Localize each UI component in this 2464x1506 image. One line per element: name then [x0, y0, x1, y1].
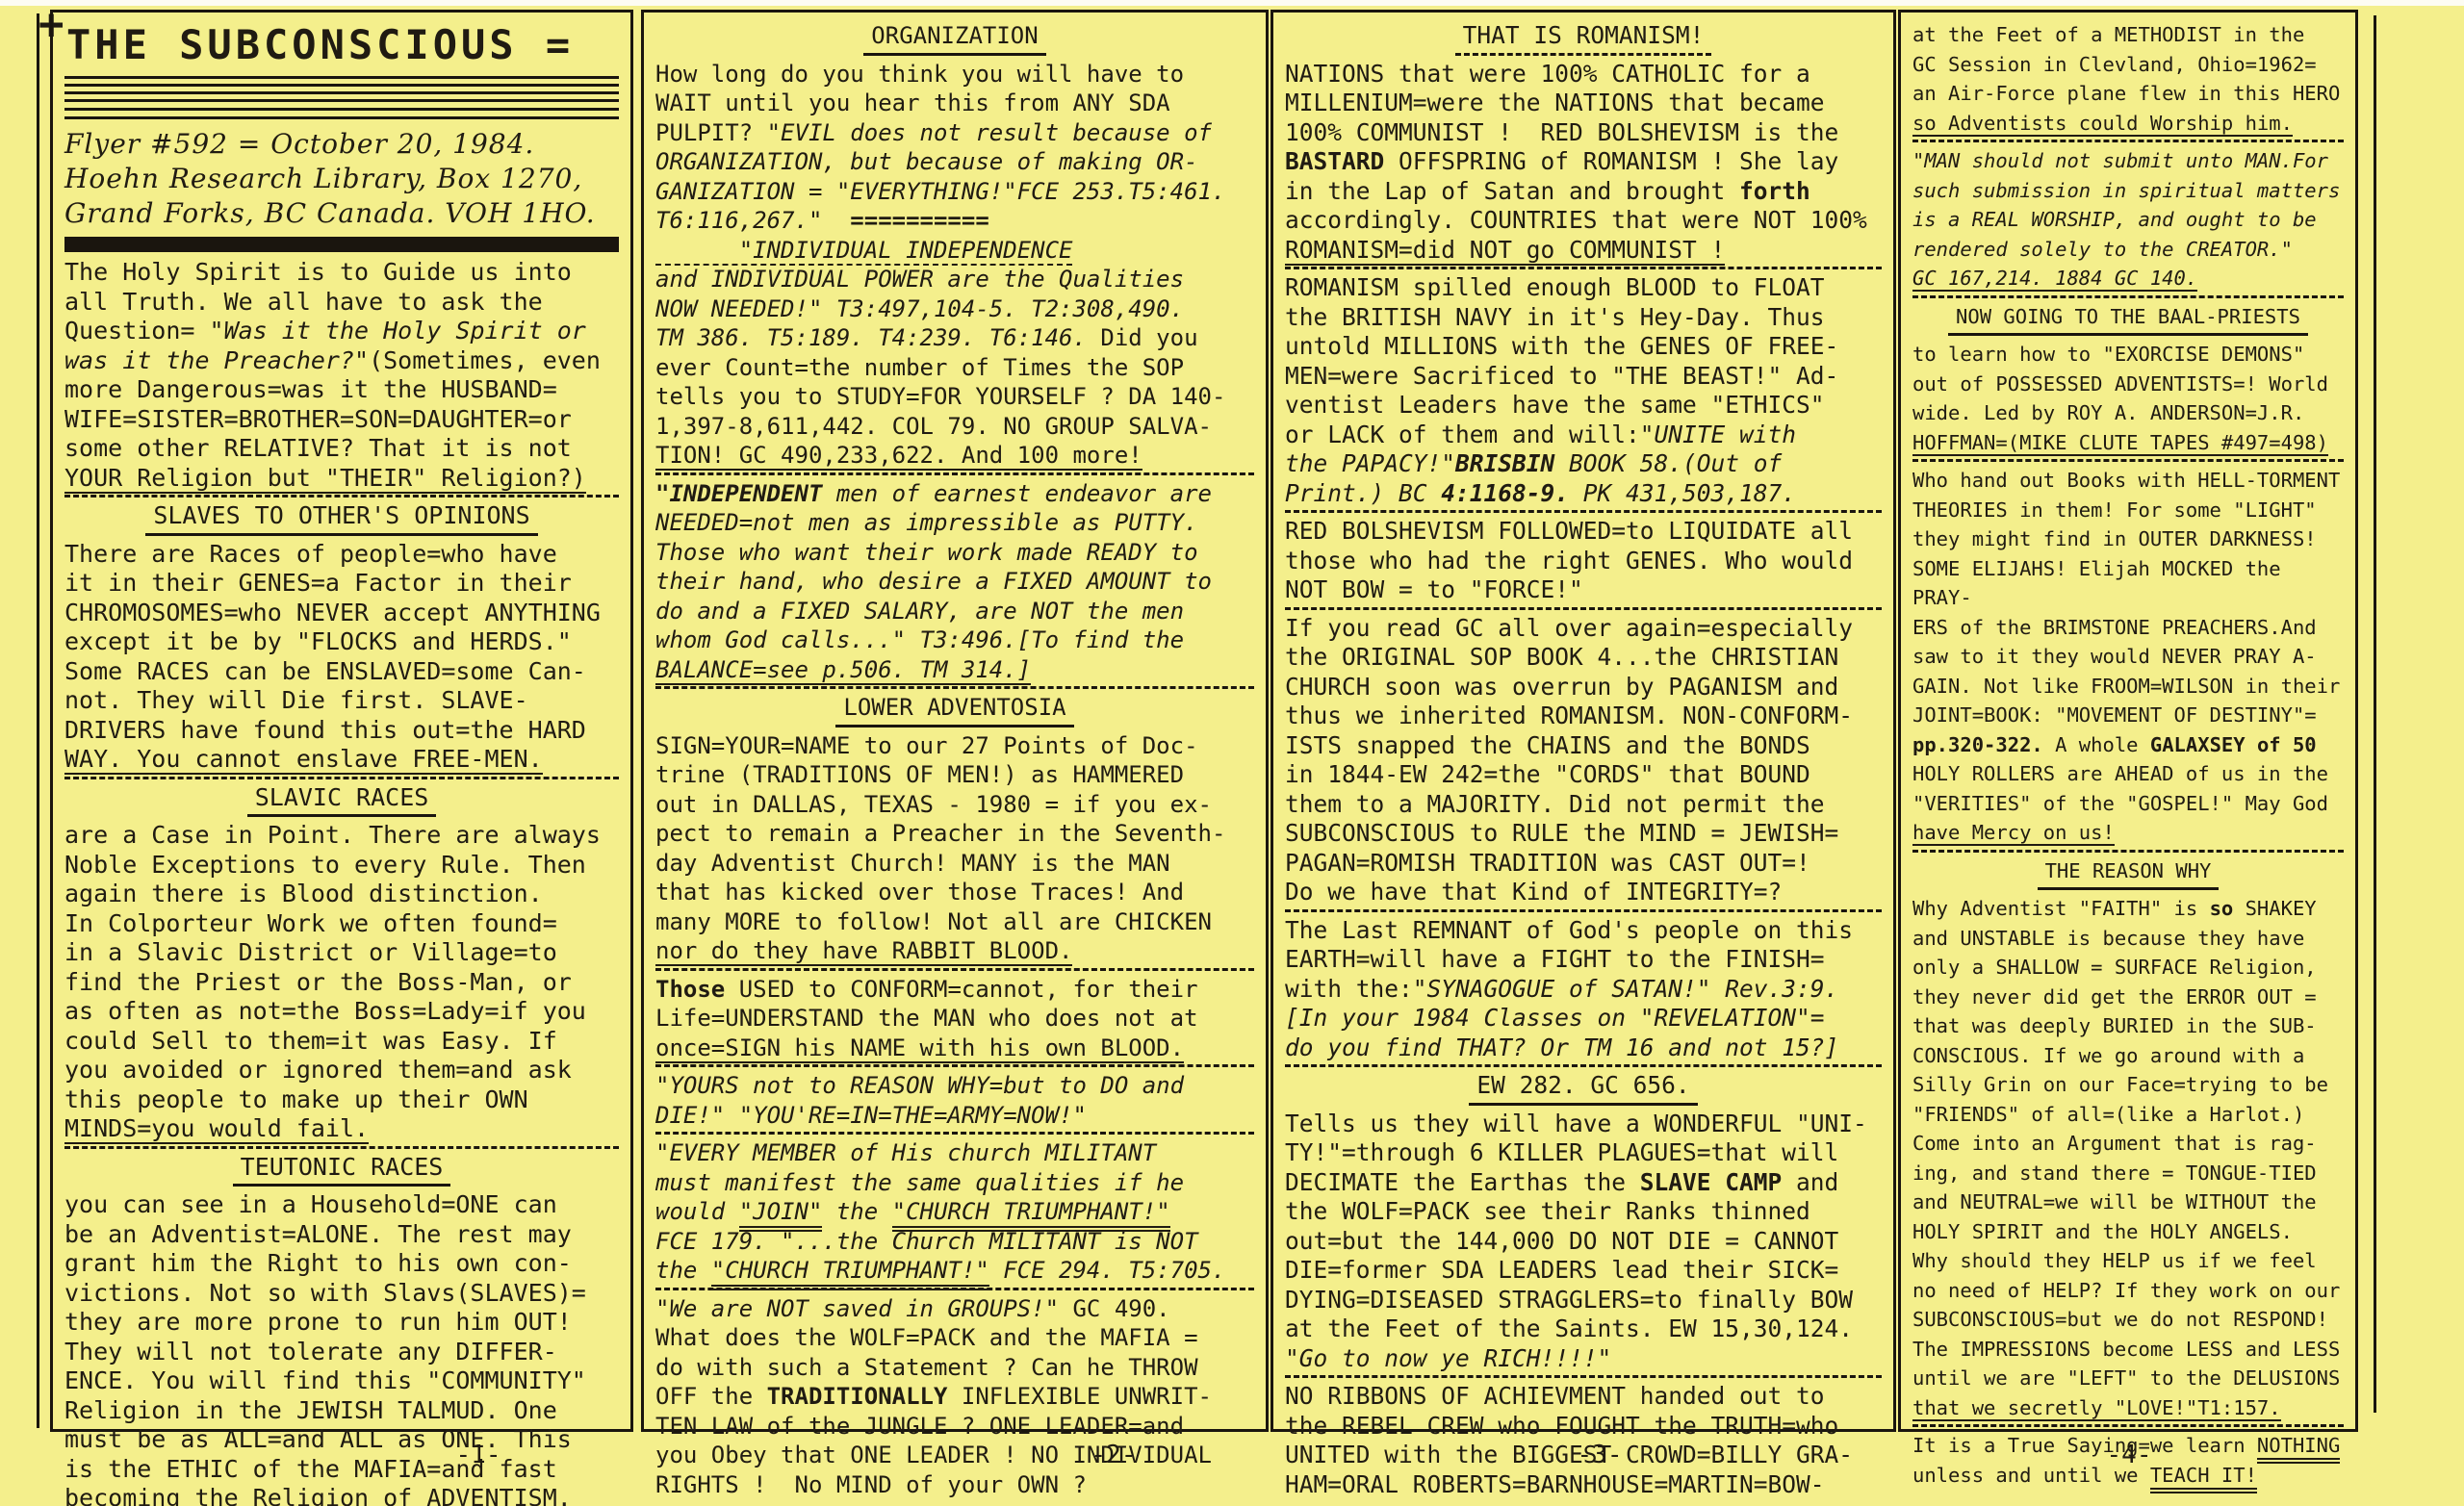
text-segment: ==========	[822, 207, 988, 234]
text-line: Question= "Was it the Holy Spirit or	[64, 317, 619, 346]
column-4: at the Feet of a METHODIST in theGC Sess…	[1898, 10, 2358, 1432]
text-line: you avoided or ignored them=and ask	[64, 1056, 619, 1085]
text-segment: DIE!" "YOU'RE=IN=THE=ARMY=NOW!"	[655, 1102, 1087, 1129]
text-segment: "UNITE with	[1640, 421, 1796, 448]
text-line: SIGN=YOUR=NAME to our 27 Points of Doc-	[655, 731, 1254, 761]
text-line: in 1844-EW 242=the "CORDS" that BOUND	[1285, 760, 1882, 790]
dashed-rule	[655, 1064, 1254, 1067]
text-segment: must manifest the same qualities if he	[655, 1169, 1184, 1196]
text-line: out=but the 144,000 DO NOT DIE = CANNOT	[1285, 1227, 1882, 1257]
text-line: an Air-Force plane flew in this HERO	[1912, 79, 2344, 109]
text-line: the ORIGINAL SOP BOOK 4...the CHRISTIAN	[1285, 643, 1882, 673]
text-line: thus we inherited ROMANISM. NON-CONFORM-	[1285, 702, 1882, 731]
section-heading: EW 282. GC 656.	[1285, 1071, 1882, 1106]
text-segment: grant him the Right to his own con-	[64, 1249, 572, 1277]
text-line: the WOLF=PACK see their Ranks thinned	[1285, 1197, 1882, 1227]
text-segment: an Air-Force plane flew in this HERO	[1912, 82, 2340, 105]
text-segment: UNITED with the BIGGEST CROWD=BILLY GRA-	[1285, 1441, 1853, 1468]
text-segment: and UNSTABLE is because they have	[1912, 927, 2304, 950]
text-line: PULPIT? "EVIL does not result because of	[655, 118, 1254, 148]
page-number-3: -3-	[1578, 1441, 1623, 1469]
text-line: ventist Leaders have the same "ETHICS"	[1285, 391, 1882, 421]
text-segment: 100% COMMUNIST ! RED BOLSHEVISM is the	[1285, 118, 1838, 146]
text-segment: they never did get the ERROR OUT =	[1912, 985, 2317, 1008]
text-segment: They will not tolerate any DIFFER-	[64, 1338, 557, 1366]
text-segment: NATIONS that were 100% CATHOLIC for a	[1285, 60, 1810, 88]
text-line: NOW NEEDED!" T3:497,104-5. T2:308,490.	[655, 294, 1254, 324]
dashed-rule	[655, 686, 1254, 689]
text-line: and INDIVIDUAL POWER are the Qualities	[655, 265, 1254, 294]
column-3-body: THAT IS ROMANISM!NATIONS that were 100% …	[1285, 21, 1882, 1499]
text-segment: ROMANISM spilled enough BLOOD to FLOAT	[1285, 273, 1825, 301]
text-line: [In your 1984 Classes on "REVELATION"=	[1285, 1004, 1882, 1034]
text-segment: accordingly. COUNTRIES that were NOT 100…	[1285, 206, 1867, 234]
column-4-body: at the Feet of a METHODIST in theGC Sess…	[1912, 20, 2344, 1490]
text-line: T6:116,267." ==========	[655, 206, 1254, 236]
text-line: the REBEL CREW who FOUGHT the TRUTH=who	[1285, 1412, 1882, 1442]
text-line: once=SIGN his NAME with his own BLOOD.	[655, 1034, 1254, 1063]
text-segment: SIGN=YOUR=NAME to our 27 Points of Doc-	[655, 732, 1198, 759]
text-line: NATIONS that were 100% CATHOLIC for a	[1285, 60, 1882, 89]
text-segment: If you read GC all over again=especially	[1285, 614, 1853, 642]
text-segment: Did you	[1087, 324, 1198, 351]
text-segment: (Sometimes, even	[369, 346, 601, 374]
text-segment: In Colporteur Work we often found=	[64, 909, 557, 937]
text-segment: DIE=former SDA LEADERS lead their SICK=	[1285, 1256, 1838, 1284]
text-line: must be as ALL=and ALL as ONE. This	[64, 1425, 619, 1455]
text-line: not. They will Die first. SLAVE-	[64, 686, 619, 716]
text-segment: The IMPRESSIONS become LESS and LESS	[1912, 1338, 2340, 1361]
text-segment: would	[655, 1198, 739, 1225]
text-segment: pp.320-322.	[1912, 733, 2043, 756]
text-line: no need of HELP? If they work on our	[1912, 1276, 2344, 1306]
text-line: HAM=ORAL ROBERTS=BARNHOUSE=MARTIN=BOW-	[1285, 1470, 1882, 1500]
text-segment: YOUR Religion but "THEIR" Religion?)	[64, 464, 586, 494]
column-1-body: The Holy Spirit is to Guide us intoall T…	[64, 258, 619, 1506]
text-line: ISTS snapped the CHAINS and the BONDS	[1285, 731, 1882, 761]
text-line: in a Slavic District or Village=to	[64, 938, 619, 968]
text-line: SUBCONSCIOUS to RULE the MIND = JEWISH=	[1285, 819, 1882, 849]
text-line: rendered solely to the CREATOR."	[1912, 235, 2344, 265]
section-heading: THE REASON WHY	[1912, 856, 2344, 891]
text-line: "INDIVIDUAL INDEPENDENCE	[655, 236, 1254, 266]
text-line: to learn how to "EXORCISE DEMONS"	[1912, 340, 2344, 370]
text-segment: HOFFMAN=(MIKE CLUTE TAPES #497=498)	[1912, 431, 2328, 456]
text-segment: A whole	[2043, 733, 2150, 756]
text-line: What does the WOLF=PACK and the MAFIA =	[655, 1323, 1254, 1353]
text-line: only a SHALLOW = SURFACE Religion,	[1912, 953, 2344, 983]
text-line: NEEDED=not men as impressible as PUTTY.	[655, 508, 1254, 538]
text-segment: There are Races of people=who have	[64, 540, 557, 568]
text-line: many MORE to follow! Not all are CHICKEN	[655, 907, 1254, 937]
text-line: wide. Led by ROY A. ANDERSON=J.R.	[1912, 398, 2344, 428]
text-segment: rendered solely to the CREATOR."	[1912, 238, 2293, 261]
text-line: is a REAL WORSHIP, and ought to be	[1912, 205, 2344, 235]
text-segment: Come into an Argument that is rag-	[1912, 1132, 2317, 1155]
text-line: that was deeply BURIED in the SUB-	[1912, 1011, 2344, 1041]
text-segment: TRADITIONALLY	[767, 1383, 948, 1410]
text-line: is the ETHIC of the MAFIA=and fast	[64, 1455, 619, 1485]
text-line: How long do you think you will have to	[655, 60, 1254, 89]
text-segment: some other RELATIVE? That it is not	[64, 434, 572, 462]
text-segment: "EVERY MEMBER of His church MILITANT	[655, 1139, 1156, 1166]
text-line: "FRIENDS" of all=(like a Harlot.)	[1912, 1100, 2344, 1130]
text-line: they never did get the ERROR OUT =	[1912, 983, 2344, 1012]
text-line: YOUR Religion but "THEIR" Religion?)	[64, 464, 619, 494]
text-line: GC Session in Clevland, Ohio=1962=	[1912, 50, 2344, 80]
text-line: all Truth. We all have to ask the	[64, 288, 619, 318]
text-line: Religion in the JEWISH TALMUD. One	[64, 1396, 619, 1426]
dashed-rule	[1285, 607, 1882, 610]
text-segment: becoming the Religion of ADVENTISM.	[64, 1484, 572, 1506]
text-segment: WAIT until you hear this from ANY SDA	[655, 89, 1170, 116]
text-segment: this people to make up their OWN	[64, 1085, 528, 1113]
text-line: ROMANISM spilled enough BLOOD to FLOAT	[1285, 273, 1882, 303]
text-segment: NOW NEEDED!" T3:497,104-5. T2:308,490.	[655, 295, 1184, 322]
text-segment: you avoided or ignored them=and ask	[64, 1056, 572, 1084]
text-segment: MILLENIUM=were the NATIONS that became	[1285, 89, 1825, 116]
text-segment: ROMANISM=did NOT go COMMUNIST !	[1285, 236, 1725, 266]
text-segment: THEORIES in them! For some "LIGHT"	[1912, 498, 2317, 522]
text-segment: OFFSPRING of ROMANISM ! She lay	[1384, 147, 1838, 175]
text-segment: "Go to now ye RICH!!!!"	[1285, 1344, 1611, 1372]
text-segment: once=SIGN his NAME with his own BLOOD.	[655, 1034, 1184, 1063]
text-segment: RIGHTS ! No MIND of your OWN ?	[655, 1471, 1087, 1498]
text-segment: SUBCONSCIOUS to RULE the MIND = JEWISH=	[1285, 819, 1838, 847]
text-line: saw to it they would NEVER PRAY A-	[1912, 642, 2344, 672]
text-line: HOLY SPIRIT and the HOLY ANGELS.	[1912, 1217, 2344, 1247]
text-line: ORGANIZATION, but because of making OR-	[655, 147, 1254, 177]
text-line: do with such a Statement ? Can he THROW	[655, 1353, 1254, 1383]
text-line: could Sell to them=it was Easy. If	[64, 1027, 619, 1057]
text-segment: BASTARD	[1285, 147, 1384, 175]
thick-rule	[64, 237, 619, 252]
dashed-rule	[1912, 459, 2344, 462]
text-line: must manifest the same qualities if he	[655, 1168, 1254, 1198]
text-segment: do with such a Statement ? Can he THROW	[655, 1354, 1198, 1381]
text-line: grant him the Right to his own con-	[64, 1249, 619, 1279]
text-line: WIFE=SISTER=BROTHER=SON=DAUGHTER=or	[64, 405, 619, 435]
text-line: Why should they HELP us if we feel	[1912, 1246, 2344, 1276]
text-segment: TM 386. T5:189. T4:239. T6:146.	[655, 324, 1087, 351]
text-line: trine (TRADITIONS OF MEN!) as HAMMERED	[655, 760, 1254, 790]
text-segment: GC 490.	[1059, 1295, 1170, 1322]
text-segment: that was deeply BURIED in the SUB-	[1912, 1014, 2317, 1037]
text-segment: ISTS snapped the CHAINS and the BONDS	[1285, 731, 1810, 759]
text-segment: ing, and stand there = TONGUE-TIED	[1912, 1161, 2317, 1185]
text-segment: Tells us they will have a WONDERFUL "UNI…	[1285, 1110, 1867, 1137]
text-segment: MINDS=you would fail.	[64, 1114, 369, 1144]
text-line: with the:"SYNAGOGUE of SATAN!" Rev.3:9.	[1285, 975, 1882, 1005]
section-heading: SLAVES TO OTHER'S OPINIONS	[64, 501, 619, 536]
text-segment: the	[655, 1257, 711, 1284]
text-line: CONSCIOUS. If we go around with a	[1912, 1041, 2344, 1071]
text-line: they are more prone to run him OUT!	[64, 1308, 619, 1338]
dashed-rule	[1912, 1424, 2344, 1427]
text-line: Do we have that Kind of INTEGRITY=?	[1285, 878, 1882, 907]
text-segment: JOINT=BOOK: "MOVEMENT OF DESTINY"=	[1912, 703, 2317, 727]
text-line: as often as not=the Boss=Lady=if you	[64, 997, 619, 1027]
column-1: THE SUBCONSCIOUS = Flyer #592 = October …	[50, 10, 633, 1432]
text-line: do you find THAT? Or TM 16 and not 15?]	[1285, 1034, 1882, 1063]
text-line: THEORIES in them! For some "LIGHT"	[1912, 496, 2344, 525]
text-segment: Life=UNDERSTAND the MAN who does not at	[655, 1005, 1198, 1032]
text-segment: more Dangerous=was it the HUSBAND=	[64, 375, 557, 403]
text-segment: INFLEXIBLE UNWRIT-	[947, 1383, 1212, 1410]
text-segment: HAM=ORAL ROBERTS=BARNHOUSE=MARTIN=BOW-	[1285, 1470, 1825, 1498]
text-line: Those who want their work made READY to	[655, 538, 1254, 568]
text-line: PAGAN=ROMISH TRADITION was CAST OUT=!	[1285, 849, 1882, 879]
masthead-library-line: Hoehn Research Library, Box 1270,	[64, 162, 619, 196]
text-line: be an Adventist=ALONE. The rest may	[64, 1220, 619, 1250]
text-line: SUBCONSCIOUS=but we do not RESPOND!	[1912, 1305, 2344, 1335]
text-line: GANIZATION = "EVERYTHING!"FCE 253.T5:461…	[655, 177, 1254, 207]
text-line: "EVERY MEMBER of His church MILITANT	[655, 1138, 1254, 1168]
text-line: Silly Grin on our Face=trying to be	[1912, 1070, 2344, 1100]
text-line: again there is Blood distinction.	[64, 880, 619, 909]
text-line: They will not tolerate any DIFFER-	[64, 1338, 619, 1367]
text-segment: EARTH=will have a FIGHT to the FINISH=	[1285, 945, 1825, 973]
text-line: and NEUTRAL=we will be WITHOUT the	[1912, 1187, 2344, 1217]
title-rules	[64, 76, 619, 102]
text-segment: BRISBIN	[1455, 449, 1554, 477]
text-line: HOLY ROLLERS are AHEAD of us in the	[1912, 759, 2344, 789]
text-line: Print.) BC 4:1168-9. PK 431,503,187.	[1285, 479, 1882, 509]
text-line: The IMPRESSIONS become LESS and LESS	[1912, 1335, 2344, 1365]
text-segment: RED BOLSHEVISM FOLLOWED=to LIQUIDATE all	[1285, 517, 1853, 545]
masthead-flyer-line: Flyer #592 = October 20, 1984.	[64, 127, 619, 162]
text-segment: Print.) BC	[1285, 479, 1441, 507]
text-segment: no need of HELP? If they work on our	[1912, 1279, 2340, 1302]
text-line: WAY. You cannot enslave FREE-MEN.	[64, 745, 619, 775]
text-segment: men of earnest endeavor are	[822, 480, 1212, 507]
text-segment: HOLY ROLLERS are AHEAD of us in the	[1912, 762, 2328, 785]
text-segment: they are more prone to run him OUT!	[64, 1308, 572, 1336]
section-heading: TEUTONIC RACES	[64, 1153, 619, 1187]
text-segment: the REBEL CREW who FOUGHT the TRUTH=who	[1285, 1412, 1838, 1440]
text-line: DYING=DISEASED STRAGGLERS=to finally BOW	[1285, 1286, 1882, 1315]
text-line: day Adventist Church! MANY is the MAN	[655, 849, 1254, 879]
text-line: out of POSSESSED ADVENTISTS=! World	[1912, 370, 2344, 399]
text-line: those who had the right GENES. Who would	[1285, 547, 1882, 576]
text-segment: at the Feet of a METHODIST in the	[1912, 23, 2304, 46]
text-segment: USED to CONFORM=cannot, for their	[725, 976, 1197, 1003]
text-line: GC 167,214. 1884 GC 140.	[1912, 264, 2344, 294]
text-segment: that we secretly "LOVE!"T1:157.	[1912, 1396, 2281, 1421]
text-segment: so	[2210, 897, 2234, 920]
text-line: it in their GENES=a Factor in their	[64, 569, 619, 599]
text-segment: What does the WOLF=PACK and the MAFIA =	[655, 1324, 1198, 1351]
text-segment: many MORE to follow! Not all are CHICKEN	[655, 908, 1212, 935]
text-line: more Dangerous=was it the HUSBAND=	[64, 375, 619, 405]
text-line: Who hand out Books with HELL-TORMENT	[1912, 466, 2344, 496]
text-segment: "We are NOT saved in GROUPS!"	[655, 1295, 1059, 1322]
text-segment: CHROMOSOMES=who NEVER accept ANYTHING	[64, 599, 601, 626]
text-segment: ERS of the BRIMSTONE PREACHERS.And	[1912, 616, 2317, 639]
text-line: ENCE. You will find this "COMMUNITY"	[64, 1366, 619, 1396]
dashed-rule	[1285, 1375, 1882, 1378]
text-segment: the WOLF=PACK see their Ranks thinned	[1285, 1197, 1810, 1225]
text-segment: FCE 294. T5:705.	[989, 1257, 1226, 1284]
text-segment: "MAN should not submit unto MAN.For	[1912, 149, 2328, 172]
text-line: EARTH=will have a FIGHT to the FINISH=	[1285, 945, 1882, 975]
text-segment: NOTHING	[2257, 1434, 2340, 1464]
text-line: tells you to STUDY=FOR YOURSELF ? DA 140…	[655, 382, 1254, 412]
text-line: are a Case in Point. There are always	[64, 821, 619, 851]
text-segment: untold MILLIONS with the GENES OF FREE-	[1285, 332, 1838, 360]
text-segment: that has kicked over those Traces! And	[655, 879, 1184, 906]
text-segment: GALAXSEY of 50	[2150, 733, 2317, 756]
text-line: the "CHURCH TRIUMPHANT!" FCE 294. T5:705…	[655, 1256, 1254, 1286]
text-segment: those who had the right GENES. Who would	[1285, 547, 1853, 574]
text-segment: saw to it they would NEVER PRAY A-	[1912, 645, 2317, 668]
text-line: them to a MAJORITY. Did not permit the	[1285, 790, 1882, 820]
text-segment: [In your 1984 Classes on "REVELATION"=	[1285, 1004, 1825, 1032]
text-line: RED BOLSHEVISM FOLLOWED=to LIQUIDATE all	[1285, 517, 1882, 547]
text-segment: OFF the	[655, 1383, 767, 1410]
text-line: GAIN. Not like FROOM=WILSON in their	[1912, 672, 2344, 702]
text-segment: as often as not=the Boss=Lady=if you	[64, 997, 586, 1025]
text-segment: TY!"=through 6 KILLER PLAGUES=that will	[1285, 1138, 1838, 1166]
text-segment: are a Case in Point. There are always	[64, 821, 601, 849]
dashed-rule	[1285, 1064, 1882, 1067]
text-segment: forth	[1739, 177, 1810, 205]
text-segment: them to a MAJORITY. Did not permit the	[1285, 790, 1825, 818]
text-segment: NOT BOW = to "FORCE!"	[1285, 575, 1583, 603]
text-segment: MEN=were Sacrificed to "THE BEAST!" Ad-	[1285, 362, 1838, 390]
text-segment: and	[1782, 1168, 1838, 1196]
text-segment: "CHURCH TRIUMPHANT!"	[711, 1257, 989, 1290]
text-segment: at the Feet of the Saints. EW 15,30,124.	[1285, 1315, 1853, 1342]
text-segment: the ORIGINAL SOP BOOK 4...the CHRISTIAN	[1285, 643, 1838, 671]
text-line: The Last REMNANT of God's people on this	[1285, 916, 1882, 946]
text-line: victions. Not so with Slavs(SLAVES)=	[64, 1279, 619, 1309]
text-segment: "VERITIES" of the "GOSPEL!" May God	[1912, 792, 2328, 815]
text-line: "Go to now ye RICH!!!!"	[1285, 1344, 1882, 1374]
text-segment: PK 431,503,187.	[1569, 479, 1796, 507]
text-line: ROMANISM=did NOT go COMMUNIST !	[1285, 236, 1882, 266]
text-line: at the Feet of a METHODIST in the	[1912, 20, 2344, 50]
text-line: this people to make up their OWN	[64, 1085, 619, 1115]
text-line: find the Priest or the Boss-Man, or	[64, 968, 619, 998]
text-line: you can see in a Household=ONE can	[64, 1190, 619, 1220]
text-line: DIE!" "YOU'RE=IN=THE=ARMY=NOW!"	[655, 1101, 1254, 1131]
column-2-body: ORGANIZATIONHow long do you think you wi…	[655, 21, 1254, 1499]
text-segment: T6:116,267."	[655, 207, 822, 234]
text-segment: TION! GC 490,233,622. And 100 more!	[655, 442, 1142, 471]
text-line: ing, and stand there = TONGUE-TIED	[1912, 1159, 2344, 1188]
page-number-1: -1-	[456, 1441, 501, 1469]
dashed-rule	[1285, 909, 1882, 912]
masthead-address-line: Grand Forks, BC Canada. VOH 1HO.	[64, 196, 619, 231]
text-line: pp.320-322. A whole GALAXSEY of 50	[1912, 730, 2344, 760]
text-segment: to learn how to "EXORCISE DEMONS"	[1912, 343, 2304, 366]
text-segment: the PAPACY!"	[1285, 449, 1455, 477]
text-line: CHROMOSOMES=who NEVER accept ANYTHING	[64, 599, 619, 628]
text-segment: so Adventists could Worship him.	[1912, 112, 2293, 137]
text-segment: Why should they HELP us if we feel	[1912, 1249, 2317, 1272]
text-segment: The Holy Spirit is to Guide us into	[64, 258, 572, 286]
title-rules	[64, 108, 619, 119]
text-segment: Who hand out Books with HELL-TORMENT	[1912, 469, 2340, 492]
text-segment: SLAVE CAMP	[1640, 1168, 1783, 1196]
dashed-rule	[1912, 850, 2344, 853]
text-segment: BALANCE=see p.506. TM 314.]	[655, 656, 1031, 685]
text-segment: HOLY SPIRIT and the HOLY ANGELS.	[1912, 1220, 2293, 1243]
text-line: Come into an Argument that is rag-	[1912, 1129, 2344, 1159]
text-segment: Why Adventist "FAITH" is	[1912, 897, 2210, 920]
text-segment: "INDEPENDENT	[655, 480, 822, 507]
dashed-rule	[655, 968, 1254, 971]
text-segment: GANIZATION = "EVERYTHING!"FCE 253.T5:461…	[655, 178, 1225, 205]
text-line: Those USED to CONFORM=cannot, for their	[655, 975, 1254, 1005]
text-segment: victions. Not so with Slavs(SLAVES)=	[64, 1279, 586, 1307]
text-segment: DYING=DISEASED STRAGGLERS=to finally BOW	[1285, 1286, 1853, 1314]
text-segment: SHAKEY	[2233, 897, 2316, 920]
text-segment: whom God calls..." T3:496.[To find the	[655, 626, 1184, 653]
text-segment: could Sell to them=it was Easy. If	[64, 1027, 557, 1055]
text-segment: they might find in OUTER DARKNESS!	[1912, 527, 2317, 550]
text-segment: SOME ELIJAHS! Elijah MOCKED the PRAY-	[1912, 557, 2293, 610]
text-line: TION! GC 490,233,622. And 100 more!	[655, 441, 1254, 471]
text-segment: the	[822, 1198, 891, 1225]
text-segment: NEEDED=not men as impressible as PUTTY.	[655, 509, 1198, 536]
text-line: at the Feet of the Saints. EW 15,30,124.	[1285, 1315, 1882, 1344]
text-line: CHURCH soon was overrun by PAGANISM and	[1285, 673, 1882, 702]
text-line: HOFFMAN=(MIKE CLUTE TAPES #497=498)	[1912, 428, 2344, 458]
text-line: the PAPACY!"BRISBIN BOOK 58.(Out of	[1285, 449, 1882, 479]
text-segment: PULPIT?	[655, 119, 767, 146]
text-segment: 4:1168-9.	[1441, 479, 1569, 507]
text-line: If you read GC all over again=especially	[1285, 614, 1882, 644]
text-segment: out=but the 144,000 DO NOT DIE = CANNOT	[1285, 1227, 1838, 1255]
text-line: RIGHTS ! No MIND of your OWN ?	[655, 1470, 1254, 1500]
text-line: do and a FIXED SALARY, are NOT the men	[655, 597, 1254, 626]
text-line: nor do they have RABBIT BLOOD.	[655, 936, 1254, 966]
text-line: MINDS=you would fail.	[64, 1114, 619, 1144]
text-segment: with the:	[1285, 975, 1413, 1003]
text-line: have Mercy on us!	[1912, 818, 2344, 848]
text-segment: "SYNAGOGUE of SATAN!" Rev.3:9.	[1413, 975, 1839, 1003]
text-segment: GC 167,214. 1884 GC 140.	[1912, 267, 2197, 292]
text-line: In Colporteur Work we often found=	[64, 909, 619, 939]
text-segment: It is a True Saying=we learn	[1912, 1434, 2257, 1457]
text-line: 1,397-8,611,442. COL 79. NO GROUP SALVA-	[655, 412, 1254, 442]
right-double-rule	[2374, 15, 2376, 1413]
text-line: 100% COMMUNIST ! RED BOLSHEVISM is the	[1285, 118, 1882, 148]
text-segment: WIFE=SISTER=BROTHER=SON=DAUGHTER=or	[64, 405, 572, 433]
text-line: NOT BOW = to "FORCE!"	[1285, 575, 1882, 605]
flyer-page: + THE SUBCONSCIOUS = Flyer #592 = Octobe…	[0, 0, 2464, 1506]
text-segment: such submission in spiritual matters	[1912, 179, 2340, 202]
text-line: so Adventists could Worship him.	[1912, 109, 2344, 139]
text-line: whom God calls..." T3:496.[To find the	[655, 625, 1254, 655]
text-line: accordingly. COUNTRIES that were NOT 100…	[1285, 206, 1882, 236]
text-line: MEN=were Sacrificed to "THE BEAST!" Ad-	[1285, 362, 1882, 392]
text-segment: wide. Led by ROY A. ANDERSON=J.R.	[1912, 401, 2304, 424]
text-line: BALANCE=see p.506. TM 314.]	[655, 655, 1254, 685]
column-3: THAT IS ROMANISM!NATIONS that were 100% …	[1270, 10, 1896, 1432]
text-segment: Some RACES can be ENSLAVED=some Can-	[64, 657, 586, 685]
left-double-rule	[37, 13, 39, 1428]
page-number-2: -2-	[1091, 1441, 1137, 1469]
text-segment: "Was it the Holy Spirit or	[210, 317, 586, 345]
text-segment: FCE 179. "...the Church MILITANT is NOT	[655, 1228, 1198, 1255]
text-segment: their hand, who desire a FIXED AMOUNT to	[655, 568, 1212, 595]
text-segment: the BRITISH NAVY in it's Hey-Day. Thus	[1285, 303, 1825, 331]
text-line: DECIMATE the Earthas the SLAVE CAMP and	[1285, 1168, 1882, 1198]
text-line: in the Lap of Satan and brought forth	[1285, 177, 1882, 207]
